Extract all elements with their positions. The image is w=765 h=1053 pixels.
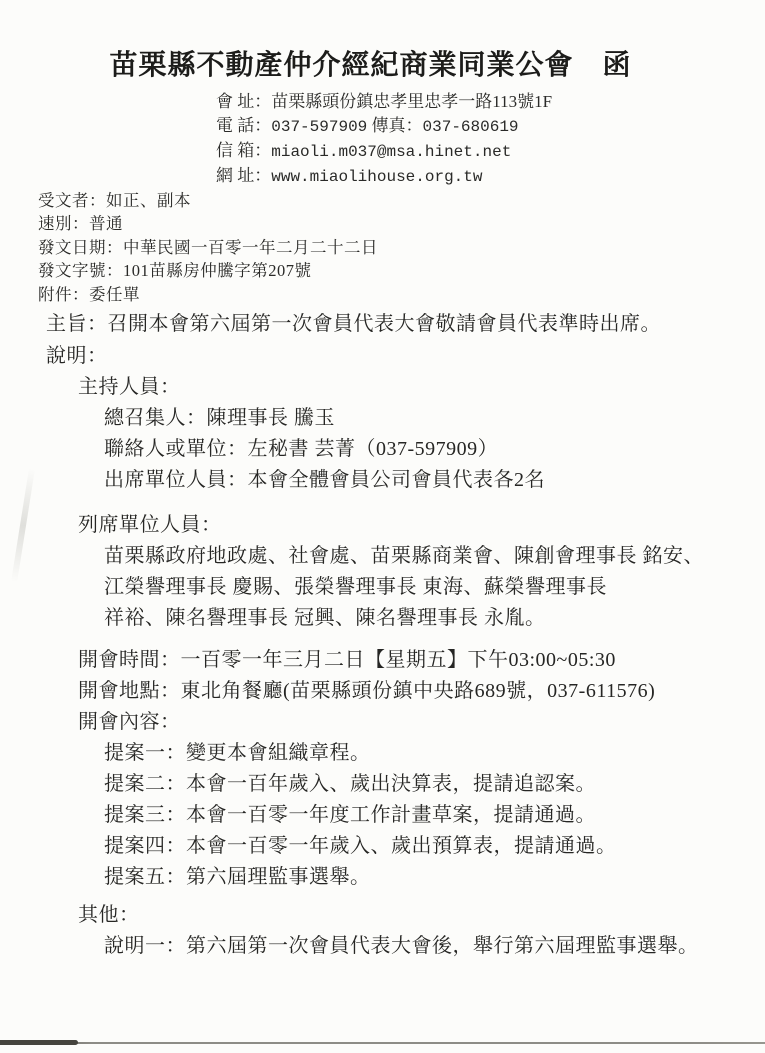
meeting-place-line: 開會地點：東北角餐廳(苗栗縣頭份鎮中央路689號，037-611576) [78, 676, 765, 707]
contact-website-line: 網 址：www.miaolihouse.org.tw [216, 164, 765, 189]
address-label: 會 址： [216, 92, 271, 111]
observers-heading: 列席單位人員： [78, 510, 765, 541]
proposal-line: 提案四：本會一百零一年歲入、歲出預算表，提請通過。 [104, 831, 765, 862]
observers-line: 祥裕、陳名譽理事長 冠興、陳名譽理事長 永胤。 [104, 603, 765, 634]
agenda-heading: 開會內容： [78, 707, 765, 738]
document-meta-block: 受文者：如正、副本 速別：普通 發文日期：中華民國一百零一年二月二十二日 發文字… [38, 189, 765, 306]
meta-priority: 速別：普通 [38, 212, 765, 235]
scan-streak-artifact [11, 468, 35, 583]
email-value: miaoli.m037@msa.hinet.net [271, 143, 511, 161]
phone-label: 電 話： [216, 116, 271, 135]
scanned-letter-page: 苗栗縣不動產仲介經紀商業同業公會 函 會 址：苗栗縣頭份鎮忠孝里忠孝一路113號… [0, 0, 765, 1053]
meta-doc-number: 發文字號：101苗縣房仲騰字第207號 [38, 259, 765, 282]
web-value: www.miaolihouse.org.tw [271, 168, 482, 186]
organization-title: 苗栗縣不動產仲介經紀商業同業公會 函 [0, 0, 753, 84]
proposal-line: 提案三：本會一百零一年度工作計畫草案，提請通過。 [104, 800, 765, 831]
letterhead-contact-block: 會 址：苗栗縣頭份鎮忠孝里忠孝一路113號1F 電 話：037-597909 傳… [216, 90, 765, 189]
fax-label: 傳真： [367, 116, 422, 135]
others-line: 說明一：第六屆第一次會員代表大會後，舉行第六屆理監事選舉。 [104, 931, 765, 962]
web-label: 網 址： [216, 166, 271, 185]
contact-email-line: 信 箱：miaoli.m037@msa.hinet.net [216, 139, 765, 164]
hosts-heading: 主持人員： [78, 372, 765, 403]
explanation-heading: 說明： [46, 340, 765, 372]
email-label: 信 箱： [216, 141, 271, 160]
fax-value: 037-680619 [423, 118, 519, 136]
others-heading: 其他： [78, 900, 765, 931]
scan-edge-cap-artifact [0, 1040, 78, 1045]
meta-recipient: 受文者：如正、副本 [38, 189, 765, 212]
observers-line: 苗栗縣政府地政處、社會處、苗栗縣商業會、陳創會理事長 銘安、 [104, 541, 765, 572]
scan-edge-line-artifact [0, 1042, 765, 1044]
meeting-time-line: 開會時間：一百零一年三月二日【星期五】下午03:00~05:30 [78, 645, 765, 676]
observers-line: 江榮譽理事長 慶賜、張榮譽理事長 東海、蘇榮譽理事長 [104, 572, 765, 603]
address-value: 苗栗縣頭份鎮忠孝里忠孝一路113號1F [271, 92, 552, 111]
meta-issue-date: 發文日期：中華民國一百零一年二月二十二日 [38, 236, 765, 259]
proposal-line: 提案一：變更本會組織章程。 [104, 738, 765, 769]
hosts-line: 出席單位人員：本會全體會員公司會員代表各2名 [104, 465, 765, 496]
hosts-line: 總召集人：陳理事長 騰玉 [104, 403, 765, 434]
subject-line: 主旨：召開本會第六屆第一次會員代表大會敬請會員代表準時出席。 [46, 308, 765, 340]
meta-attachment: 附件：委任單 [38, 283, 765, 306]
contact-phone-fax-line: 電 話：037-597909 傳真：037-680619 [216, 114, 765, 139]
contact-address-line: 會 址：苗栗縣頭份鎮忠孝里忠孝一路113號1F [216, 90, 765, 114]
hosts-line: 聯絡人或單位：左秘書 芸菁（037-597909） [104, 434, 765, 465]
phone-value: 037-597909 [271, 118, 367, 136]
proposal-line: 提案五：第六屆理監事選舉。 [104, 862, 765, 893]
proposal-line: 提案二：本會一百年歲入、歲出決算表，提請追認案。 [104, 769, 765, 800]
